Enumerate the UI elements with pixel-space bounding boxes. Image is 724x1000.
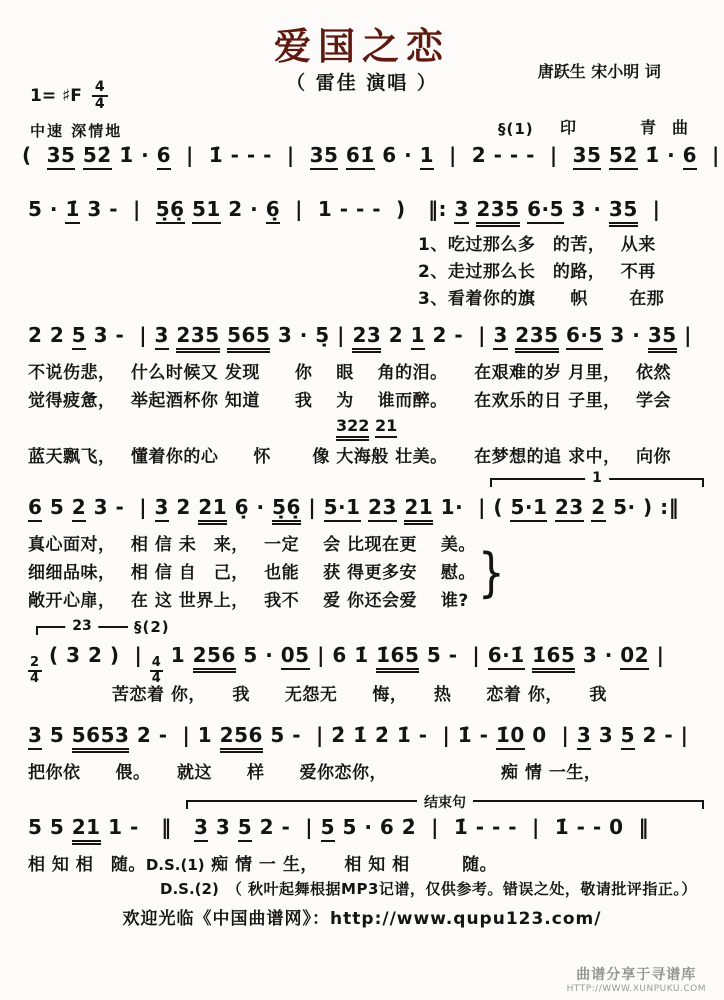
lyrics-line-bridge: 苦恋着 你， 我 无怨无 悔， 热 恋着 你， 我 [112,680,607,705]
segno-2-mark: §(2) [134,618,170,636]
time-signature: 4 4 [92,80,108,113]
sheet-music-page: 爱国之恋 （ 雷佳 演唱 ） 唐跃生 宋小明 词 印 青 曲 1= ♯F 4 4… [0,0,724,1000]
watermark: 曲谱分享于寻谱库 HTTP://WWW.XUNPUKU.COM [567,964,706,994]
watermark-title: 曲谱分享于寻谱库 [567,964,706,984]
notes-line-intro-2: 5 · 1̇ 3 - | 5̣6̣ 51 2 · 6̣ | 1 - - - ) … [28,196,660,223]
lyrics-line-verse1: 不说伤悲， 什么时候又 发现 你 眼 角的泪。 在艰难的岁 月里， 依然 [28,358,671,383]
first-ending-label: 1 [585,470,609,486]
first-ending-bracket: 1 [490,478,704,489]
coda-bracket: 结束句 [186,800,704,811]
lyrics-line-coda: 相 知 相 随。D.S.(1) 痴 情 一 生， 相 知 相 随。 [28,850,497,875]
transcription-note: （ 秋叶起舞根据MP3记谱，仅供参考。错误之处，敬请批评指正。） [234,880,697,898]
verse-1-lyrics: 1、吃过那么多 的苦， 从来 [418,235,656,255]
second-third-ending-label: 23 [65,618,98,634]
lyricist-credit: 唐跃生 宋小明 词 [538,62,661,81]
lyrics-coda-pre: 相 知 相 随。 [28,855,146,875]
key-text: 1= ♯F [30,86,82,106]
time-numerator: 4 [92,80,108,97]
second-third-ending-bracket: 23 [36,626,128,637]
verse-2-lyrics: 2、走过那么长 的路， 不再 [418,262,656,282]
lyrics-line-verse2: 觉得疲惫， 举起酒杯你 知道 我 为 谁而醉。 在欢乐的日 子里， 学会 [28,386,671,411]
bracket-tick-left [186,800,188,809]
notes-line-chorus-1: 6 5 2 3 - | 3 2 21 6̣ · 5̣6̣ | 5·1 23 21… [28,494,679,521]
lyrics-line-chorus-b: 细细品味， 相 信 自 己， 也能 获 得更多安 慰。 [28,558,476,583]
ds2-mark: D.S.(2) [160,880,219,898]
bracket-tick-left [490,478,492,487]
time-denominator: 4 [92,97,108,112]
bracket-tick-right [702,800,704,809]
lyrics-line-verse3: 蓝天飘飞， 懂着你的心 怀 像 大海般 壮美。 在梦想的追 求中， 向你 [28,442,671,467]
notes-line-verse-1: 2 2 5 3 - | 3 235 565 3 · 5̣ | 23 2 1 2 … [28,322,692,349]
bracket-tick-right [702,478,704,487]
verse-lyrics-block: 1、吃过那么多 的苦， 从来2、走过那么长 的路， 不再3、看着你的旗 帜 在那 [418,232,664,313]
notes-line-intro-1: ( 35 52̇ 1̇ · 6 | 1̇ - - - | 35 61̇ 6 · … [22,142,720,169]
lyrics-brace: } [478,542,505,603]
watermark-url: HTTP://WWW.XUNPUKU.COM [567,984,706,994]
notes-line-coda: 5 5 21 1 - ‖ 3 3 5 2 - | 5 5 · 6 2̇ | 1̇… [28,814,649,841]
composer-credit: 印 青 曲 [560,118,688,137]
segno-1-mark: §(1) [498,120,534,138]
bracket-tick-left [36,626,38,635]
ds1-mark: D.S.(1) [146,856,205,874]
lyrics-line-chorus-a: 真心面对， 相 信 未 来， 一定 会 比现在更 美。 [28,530,476,555]
lyrics-line-refrain: 把你依 偎。 就这 样 爱你恋你， 痴 情 一生， [28,758,601,783]
key-signature: 1= ♯F 4 4 [30,80,108,113]
site-footer: 欢迎光临《中国曲谱网》：http://www.qupu123.com/ [0,904,724,929]
lyrics-line-chorus-c: 敞开心扉， 在 这 世界上， 我不 爱 你还会爱 谁? [28,586,469,611]
ds2-note-line: D.S.(2) （ 秋叶起舞根据MP3记谱，仅供参考。错误之处，敬请批评指正。） [160,878,697,899]
notes-line-refrain: 3 5 5653 2 - | 1 256 5 - | 2̇ 1̇ 2̇ 1̇ -… [28,722,688,749]
coda-label: 结束句 [417,792,473,812]
pickup-notes: 322 21 [336,416,397,435]
verse-3-lyrics: 3、看着你的旗 帜 在那 [418,289,664,309]
lyrics-coda-post: 痴 情 一 生， 相 知 相 随。 [211,855,497,875]
tempo-marking: 中速 深情地 [30,120,122,141]
